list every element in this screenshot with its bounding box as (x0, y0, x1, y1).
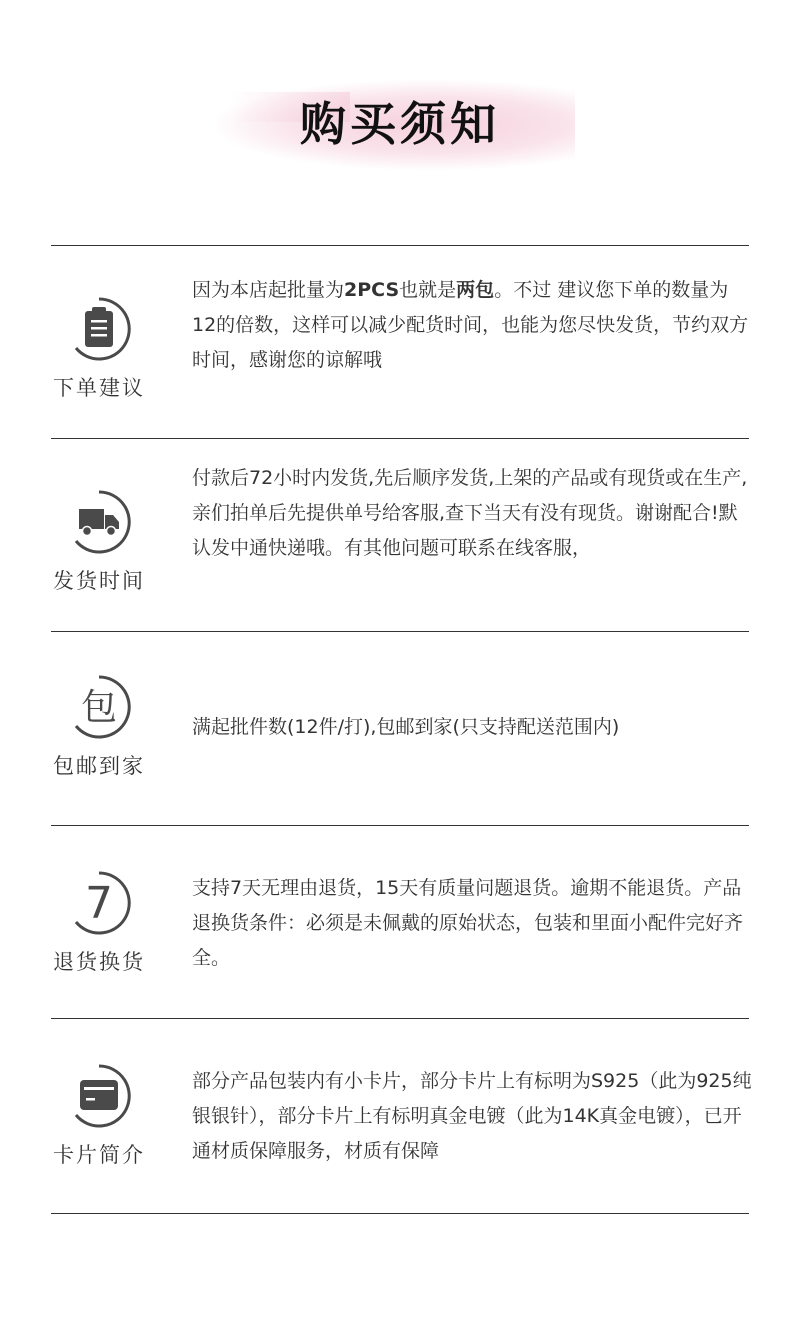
section-label: 发货时间 (51, 565, 147, 595)
clipboard-icon (66, 296, 132, 362)
section-label: 下单建议 (51, 372, 147, 402)
section-text: 部分产品包装内有小卡片，部分卡片上有标明为S925（此为925纯银银针），部分卡… (192, 1064, 752, 1169)
svg-text:包: 包 (81, 687, 117, 728)
card-icon (66, 1063, 132, 1129)
svg-text:7: 7 (85, 878, 113, 929)
section-label: 卡片简介 (51, 1139, 147, 1169)
section-returns: 7 退货换货 支持7天无理由退货，15天有质量问题退货。逾期不能退货。产品退换货… (51, 825, 749, 1019)
section-shipping-time: 发货时间 付款后72小时内发货,先后顺序发货,上架的产品或有现货或在生产,亲们拍… (51, 438, 749, 632)
section-label: 包邮到家 (51, 750, 147, 780)
section-free-shipping: 包 包邮到家 满起批件数(12件/打),包邮到家(只支持配送范围内) (51, 631, 749, 826)
section-text: 因为本店起批量为2PCS也就是两包。不过 建议您下单的数量为12的倍数，这样可以… (192, 273, 752, 378)
section-card-intro: 卡片简介 部分产品包装内有小卡片，部分卡片上有标明为S925（此为925纯银银针… (51, 1018, 749, 1214)
section-text: 付款后72小时内发货,先后顺序发货,上架的产品或有现货或在生产,亲们拍单后先提供… (192, 461, 752, 566)
section-order-advice: 下单建议 因为本店起批量为2PCS也就是两包。不过 建议您下单的数量为12的倍数… (51, 245, 749, 439)
page-title: 购买须知 (0, 88, 800, 154)
truck-icon (66, 489, 132, 555)
package-char-icon: 包 (66, 674, 132, 740)
section-text: 满起批件数(12件/打),包邮到家(只支持配送范围内) (192, 710, 752, 745)
section-text: 支持7天无理由退货，15天有质量问题退货。逾期不能退货。产品退换货条件：必须是未… (192, 871, 752, 976)
seven-days-icon: 7 (66, 870, 132, 936)
section-label: 退货换货 (51, 946, 147, 976)
header: 购买须知 (0, 60, 800, 190)
